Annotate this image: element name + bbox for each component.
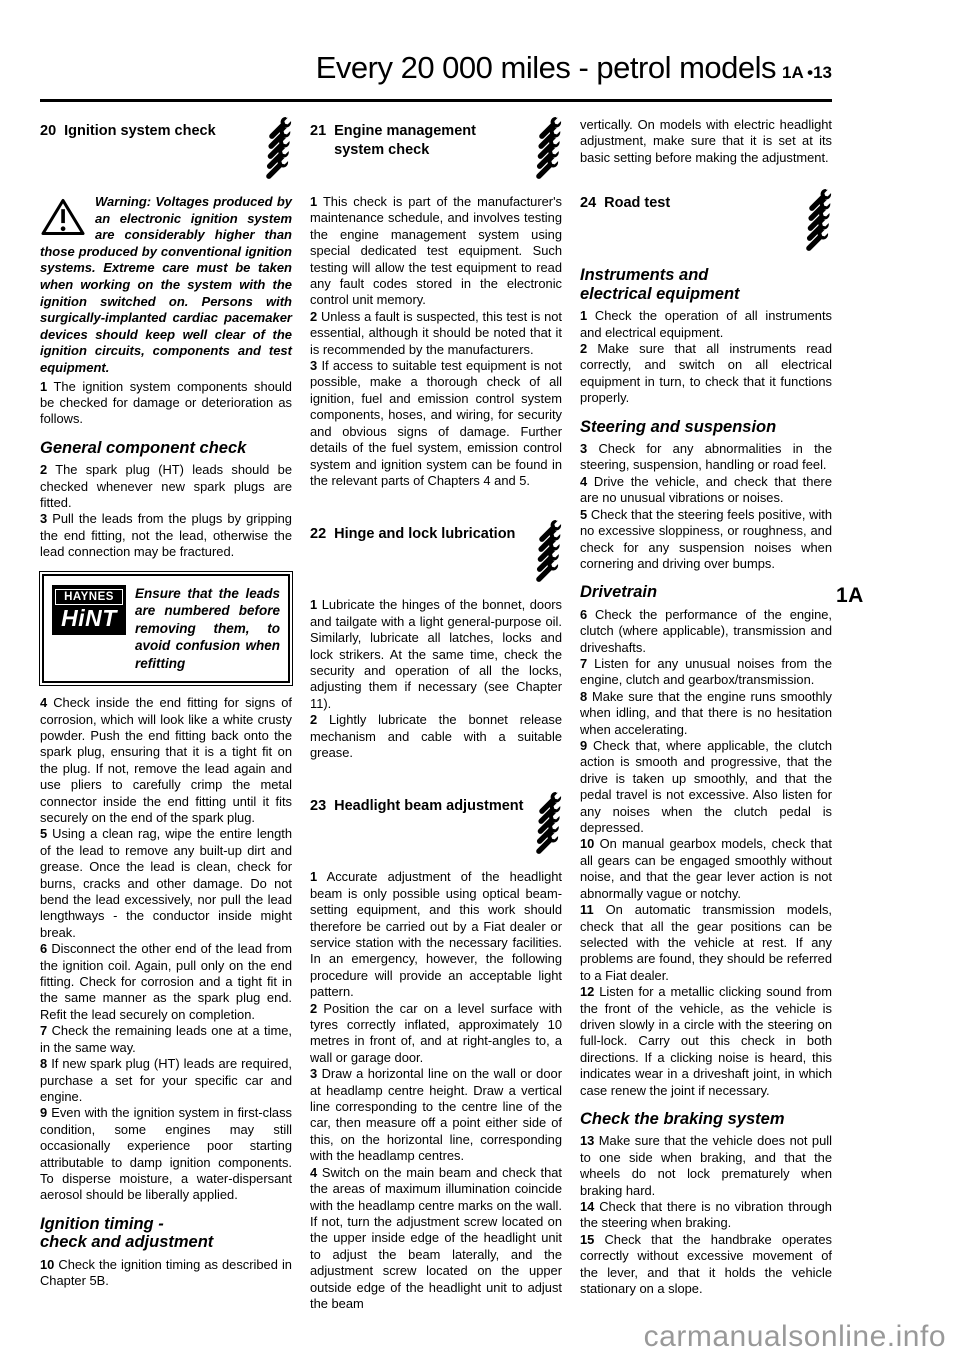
step-paragraph: 14 Check that there is no vibration thro… — [580, 1199, 832, 1232]
column-right: vertically. On models with electric head… — [580, 112, 832, 1312]
warning-triangle-icon — [40, 197, 86, 237]
page-number: 1A •13 — [782, 63, 832, 82]
section-number: 23 — [310, 797, 326, 816]
step-paragraph: 3 Check for any abnormalities in the ste… — [580, 441, 832, 474]
section-title: Hinge and lock lubrication — [334, 525, 515, 544]
step-paragraph: 1 Check the operation of all instruments… — [580, 308, 832, 341]
section-number: 21 — [310, 122, 326, 160]
content-columns: 20 Ignition system check Warning: Voltag… — [40, 112, 832, 1312]
step-paragraph: 9 Even with the ignition system in first… — [40, 1105, 292, 1203]
chapter-tab: 1A — [836, 584, 864, 608]
haynes-hint-box: HAYNES HiNT Ensure that the leads are nu… — [42, 574, 290, 684]
step-paragraph: 2 The spark plug (HT) leads should be ch… — [40, 462, 292, 511]
watermark-text: carmanualsonline.info — [644, 1320, 946, 1354]
step-paragraph: 2 Lightly lubricate the bonnet release m… — [310, 712, 562, 761]
step-paragraph: 1 Accurate adjustment of the headlight b… — [310, 869, 562, 1000]
step-paragraph: 1 The ignition system components should … — [40, 379, 292, 428]
section-24-header: 24 Road test — [580, 188, 832, 254]
step-paragraph: 1 Lubricate the hinges of the bonnet, do… — [310, 597, 562, 712]
step-paragraph: 9 Check that, where applicable, the clut… — [580, 738, 832, 836]
step-paragraph: 5 Using a clean rag, wipe the entire len… — [40, 826, 292, 941]
difficulty-spanner-stack-icon — [265, 116, 292, 180]
step-paragraph: 3 Draw a horizontal line on the wall or … — [310, 1066, 562, 1164]
step-paragraph: 8 Make sure that the engine runs smoothl… — [580, 689, 832, 738]
step-paragraph: 8 If new spark plug (HT) leads are requi… — [40, 1056, 292, 1105]
step-paragraph: 4 Check inside the end fitting for signs… — [40, 695, 292, 826]
haynes-logo-wordmark: HAYNES — [55, 589, 123, 605]
subheading-ignition-timing: Ignition timing - check and adjustment — [40, 1215, 292, 1252]
section-number: 24 — [580, 194, 596, 213]
step-paragraph: 3 If access to suitable test equipment i… — [310, 358, 562, 489]
step-paragraph: 7 Listen for any unusual noises from the… — [580, 656, 832, 689]
difficulty-spanner-stack-icon — [535, 116, 562, 180]
section-23-header: 23 Headlight beam adjustment — [310, 791, 562, 857]
continuation-paragraph: vertically. On models with electric head… — [580, 117, 832, 166]
column-left: 20 Ignition system check Warning: Voltag… — [40, 112, 292, 1312]
step-paragraph: 1 This check is part of the manufacturer… — [310, 194, 562, 309]
step-paragraph: 13 Make sure that the vehicle does not p… — [580, 1133, 832, 1199]
subheading-general-component-check: General component check — [40, 439, 292, 457]
step-paragraph: 2 Position the car on a level surface wi… — [310, 1001, 562, 1067]
hint-text: Ensure that the leads are numbered befor… — [135, 585, 280, 673]
section-title: Ignition system check — [64, 122, 216, 141]
step-paragraph: 10 Check the ignition timing as describe… — [40, 1257, 292, 1290]
section-title: Headlight beam adjustment — [334, 797, 523, 816]
section-number: 22 — [310, 525, 326, 544]
section-20-header: 20 Ignition system check — [40, 116, 292, 182]
column-middle: 21 Engine management system check 1 This… — [310, 112, 562, 1312]
step-paragraph: 4 Drive the vehicle, and check that ther… — [580, 474, 832, 507]
header-divider — [40, 99, 832, 102]
step-paragraph: 6 Check the performance of the engine, c… — [580, 607, 832, 656]
step-paragraph: 4 Switch on the main beam and check that… — [310, 1165, 562, 1313]
section-title: Road test — [604, 194, 670, 213]
difficulty-spanner-stack-icon — [535, 519, 562, 583]
section-number: 20 — [40, 122, 56, 141]
difficulty-spanner-stack-icon — [535, 791, 562, 855]
step-paragraph: 15 Check that the handbrake operates cor… — [580, 1232, 832, 1298]
haynes-logo: HAYNES HiNT — [52, 585, 126, 635]
subheading-braking-system: Check the braking system — [580, 1110, 832, 1128]
step-paragraph: 12 Listen for a metallic clicking sound … — [580, 984, 832, 1099]
step-paragraph: 10 On manual gearbox models, check that … — [580, 836, 832, 902]
page-header: Every 20 000 miles - petrol models1A •13 — [40, 50, 832, 86]
section-title: Engine management system check — [334, 122, 476, 160]
difficulty-spanner-stack-icon — [805, 188, 832, 252]
section-22-header: 22 Hinge and lock lubrication — [310, 519, 562, 585]
step-paragraph: 7 Check the remaining leads one at a tim… — [40, 1023, 292, 1056]
step-paragraph: 6 Disconnect the other end of the lead f… — [40, 941, 292, 1023]
subheading-drivetrain: Drivetrain — [580, 583, 832, 601]
step-paragraph: 2 Make sure that all instruments read co… — [580, 341, 832, 407]
subheading-instruments: Instruments and electrical equipment — [580, 266, 832, 303]
step-paragraph: 2 Unless a fault is suspected, this test… — [310, 309, 562, 358]
section-21-header: 21 Engine management system check — [310, 116, 562, 182]
warning-note: Warning: Voltages produced by an electro… — [40, 194, 292, 377]
step-paragraph: 5 Check that the steering feels positive… — [580, 507, 832, 573]
step-paragraph: 3 Pull the leads from the plugs by gripp… — [40, 511, 292, 560]
haynes-hint-wordmark: HiNT — [55, 607, 123, 630]
step-paragraph: 11 On automatic transmission models, che… — [580, 902, 832, 984]
subheading-steering-suspension: Steering and suspension — [580, 418, 832, 436]
page-title: Every 20 000 miles - petrol models — [316, 50, 776, 85]
